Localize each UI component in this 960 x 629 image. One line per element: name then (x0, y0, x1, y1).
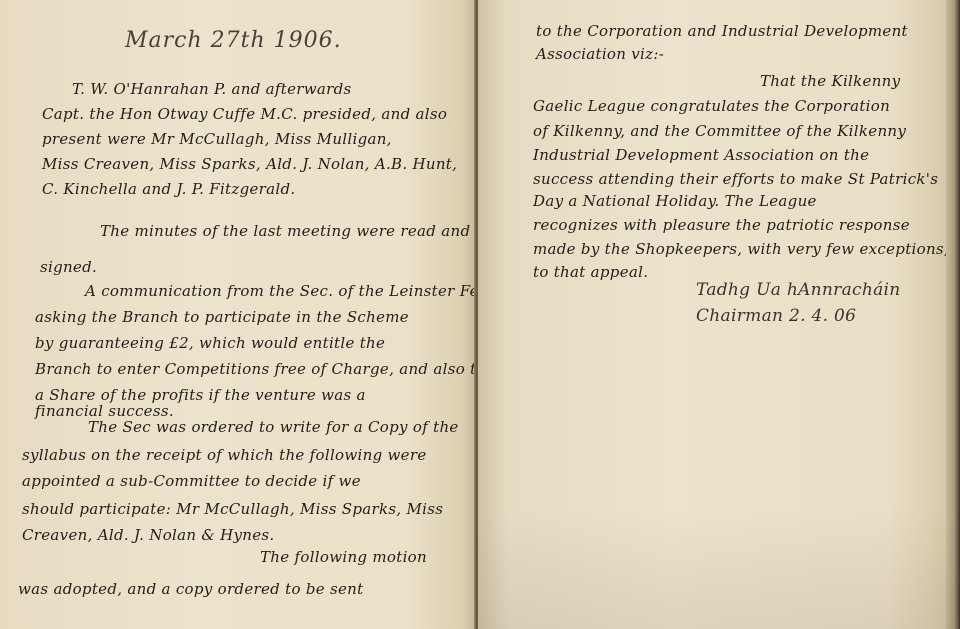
right-page: to the Corporation and Industrial Develo… (478, 0, 960, 629)
text-line: success attending their efforts to make … (533, 170, 938, 188)
text-line: to that appeal. (533, 263, 648, 281)
text-line: Capt. the Hon Otway Cuffe M.C. presided,… (42, 105, 447, 123)
text-line: Day a National Holiday. The League (533, 192, 817, 210)
text-line: Branch to enter Competitions free of Cha… (35, 360, 476, 378)
text-line: Industrial Development Association on th… (533, 146, 869, 164)
open-minute-book: March 27th 1906. T. W. O'Hanrahan P. and… (0, 0, 960, 629)
signature-role-date: Chairman 2. 4. 06 (696, 306, 856, 326)
text-line: Creaven, Ald. J. Nolan & Hynes. (22, 526, 274, 544)
text-line: Gaelic League congratulates the Corporat… (533, 97, 890, 115)
text-line: A communication from the Sec. of the Lei… (85, 282, 476, 300)
text-line: signed. (40, 258, 97, 276)
text-line: to the Corporation and Industrial Develo… (536, 22, 908, 40)
text-line: syllabus on the receipt of which the fol… (22, 446, 427, 464)
text-line: Association viz:- (536, 45, 664, 63)
text-line: Miss Creaven, Miss Sparks, Ald. J. Nolan… (42, 155, 457, 173)
page-edge (946, 0, 960, 629)
text-line: should participate: Mr McCullagh, Miss S… (22, 500, 443, 518)
text-line: of Kilkenny, and the Committee of the Ki… (533, 122, 906, 140)
signature-name: Tadhg Ua hAnnracháin (696, 280, 901, 300)
text-line: was adopted, and a copy ordered to be se… (18, 580, 363, 598)
text-line: asking the Branch to participate in the … (35, 308, 409, 326)
text-line: by guaranteeing £2, which would entitle … (35, 334, 385, 352)
text-line: T. W. O'Hanrahan P. and afterwards (72, 80, 352, 98)
text-line: C. Kinchella and J. P. Fitzgerald. (42, 180, 295, 198)
text-line: present were Mr McCullagh, Miss Mulligan… (42, 130, 392, 148)
date-heading: March 27th 1906. (125, 28, 342, 53)
text-line: made by the Shopkeepers, with very few e… (533, 240, 949, 258)
text-line: appointed a sub-Committee to decide if w… (22, 472, 361, 490)
text-line: recognizes with pleasure the patriotic r… (533, 216, 910, 234)
text-line: The following motion (260, 548, 427, 566)
text-line: The Sec was ordered to write for a Copy … (88, 418, 459, 436)
text-line: The minutes of the last meeting were rea… (100, 222, 470, 240)
text-line: That the Kilkenny (760, 72, 900, 90)
left-page: March 27th 1906. T. W. O'Hanrahan P. and… (0, 0, 476, 629)
